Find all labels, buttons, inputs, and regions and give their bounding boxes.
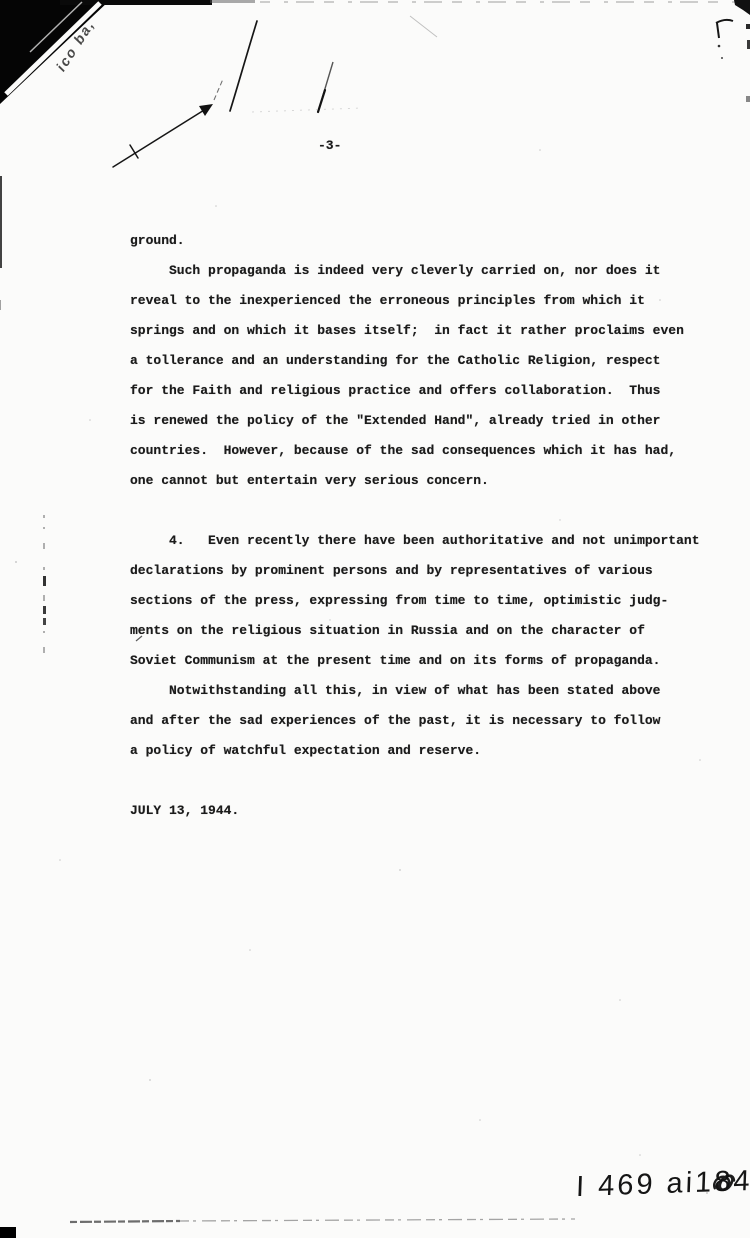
typed-line: countries. However, because of the sad c… (130, 436, 740, 466)
scribble-mark (709, 1165, 740, 1200)
typed-text-block: ground. Such propaganda is indeed very c… (130, 226, 740, 826)
pen-slash-stroke (230, 21, 257, 111)
typed-line: Soviet Communism at the present time and… (130, 646, 740, 676)
typed-line: ments on the religious situation in Russ… (130, 616, 740, 646)
document-page: -3- ground. Such propaganda is indeed ve… (0, 0, 750, 1238)
typed-line-blank (130, 766, 740, 796)
typed-line: and after the sad experiences of the pas… (130, 706, 740, 736)
typed-line: Such propaganda is indeed very cleverly … (130, 256, 740, 286)
typed-line: for the Faith and religious practice and… (130, 376, 740, 406)
reference-prefix: I 469 ai1 (576, 1166, 715, 1203)
left-edge-artifact (0, 176, 46, 668)
pen-arrow-stroke (113, 79, 223, 167)
typed-line: one cannot but entertain very serious co… (130, 466, 740, 496)
handwritten-note-topleft: ico ba, (53, 16, 98, 74)
reference-scribbled-digit: 8 (714, 1166, 734, 1200)
typed-line: ground. (130, 226, 740, 256)
typed-line: reveal to the inexperienced the erroneou… (130, 286, 740, 316)
typed-date-line: JULY 13, 1944. (130, 796, 740, 826)
top-edge-artifact (260, 0, 750, 102)
typed-line: is renewed the policy of the "Extended H… (130, 406, 740, 436)
typed-line: a policy of watchful expectation and res… (130, 736, 740, 766)
corner-fold-artifact (0, 0, 255, 104)
typed-line: Notwithstanding all this, in view of wha… (130, 676, 740, 706)
page-number: -3- (318, 138, 341, 153)
bottom-edge-artifact (0, 1219, 575, 1238)
typed-line: sections of the press, expressing from t… (130, 586, 740, 616)
typed-line-blank (130, 496, 740, 526)
typed-line: a tollerance and an understanding for th… (130, 346, 740, 376)
pen-slash-faint (318, 62, 333, 112)
typed-line: springs and on which it bases itself; in… (130, 316, 740, 346)
typed-line: declarations by prominent persons and by… (130, 556, 740, 586)
typed-line: 4. Even recently there have been authori… (130, 526, 740, 556)
handwritten-reference-number: I 469 ai18 4 (575, 1165, 750, 1204)
